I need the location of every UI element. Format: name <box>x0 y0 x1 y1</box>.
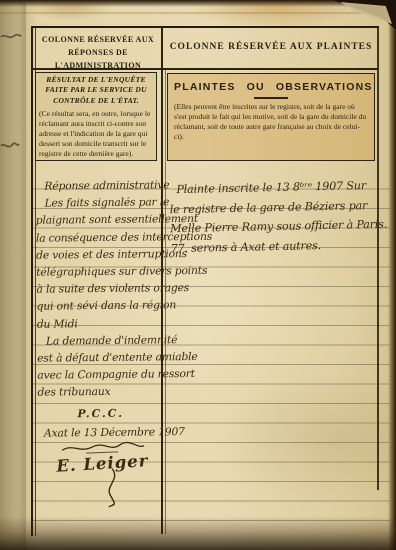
paper-crease <box>0 12 396 15</box>
manuscript-line: de voies et des interruptions <box>36 245 162 264</box>
left-column-header: COLONNE RÉSERVÉE AUX RÉPONSES DE L'ADMIN… <box>38 34 158 72</box>
manuscript-line: qui ont sévi dans la région <box>37 297 163 316</box>
binding-strip <box>0 0 26 550</box>
title-rule <box>254 97 288 99</box>
signature: E. Leiger <box>38 451 165 476</box>
signature-tail-icon <box>98 468 128 508</box>
left-subheader-box: RÉSULTAT DE L'ENQUÊTE FAITE PAR LE SERVI… <box>35 72 157 161</box>
right-subheader-title: PLAINTES OU OBSERVATIONS <box>174 81 368 93</box>
manuscript-line: du Midi <box>37 314 163 333</box>
right-column-header: COLONNE RÉSERVÉE AUX PLAINTES <box>168 42 374 52</box>
table-border-left <box>31 26 33 536</box>
table-border-top <box>31 26 379 28</box>
attestation-pcc: P.C.C. <box>38 404 164 423</box>
register-photo: COLONNE RÉSERVÉE AUX RÉPONSES DE L'ADMIN… <box>0 0 396 550</box>
manuscript-line: Réponse administrative <box>35 176 161 195</box>
right-manuscript: Plainte inscrite le 13 8ᵇʳᵉ 1907 Sur le … <box>169 176 383 258</box>
manuscript-line: La demande d'indemnité <box>37 331 163 350</box>
manuscript-line: la conséquence des interceptions <box>36 228 162 247</box>
left-manuscript: Réponse administrative Les faits signalé… <box>35 176 164 509</box>
manuscript-line: à la suite des violents orages <box>36 280 162 299</box>
manuscript-line: télégraphiques sur divers points <box>36 262 162 281</box>
right-subheader-box: PLAINTES OU OBSERVATIONS (Elles peuvent … <box>167 73 375 161</box>
manuscript-line: plaignant sont essentiellement <box>36 211 162 230</box>
manuscript-line: avec la Compagnie du ressort <box>37 366 163 385</box>
bottom-shadow-edge <box>0 516 396 550</box>
manuscript-line: des tribunaux <box>37 383 163 402</box>
table-border-right <box>377 26 379 490</box>
right-subheader-note: (Elles peuvent être inscrites sur le reg… <box>174 102 368 143</box>
margin-ink-mark-icon <box>0 139 20 153</box>
place-date-line: Axat le 13 Décembre 1907 <box>38 423 164 442</box>
manuscript-line: Les faits signalés par le <box>35 194 161 213</box>
margin-ink-mark-icon <box>0 28 22 46</box>
left-subheader-title: RÉSULTAT DE L'ENQUÊTE FAITE PAR LE SERVI… <box>39 75 153 106</box>
left-subheader-note: (Ce résultat sera, en outre, lorsque le … <box>39 109 153 159</box>
manuscript-line: est à défaut d'entente amiable <box>37 348 163 367</box>
